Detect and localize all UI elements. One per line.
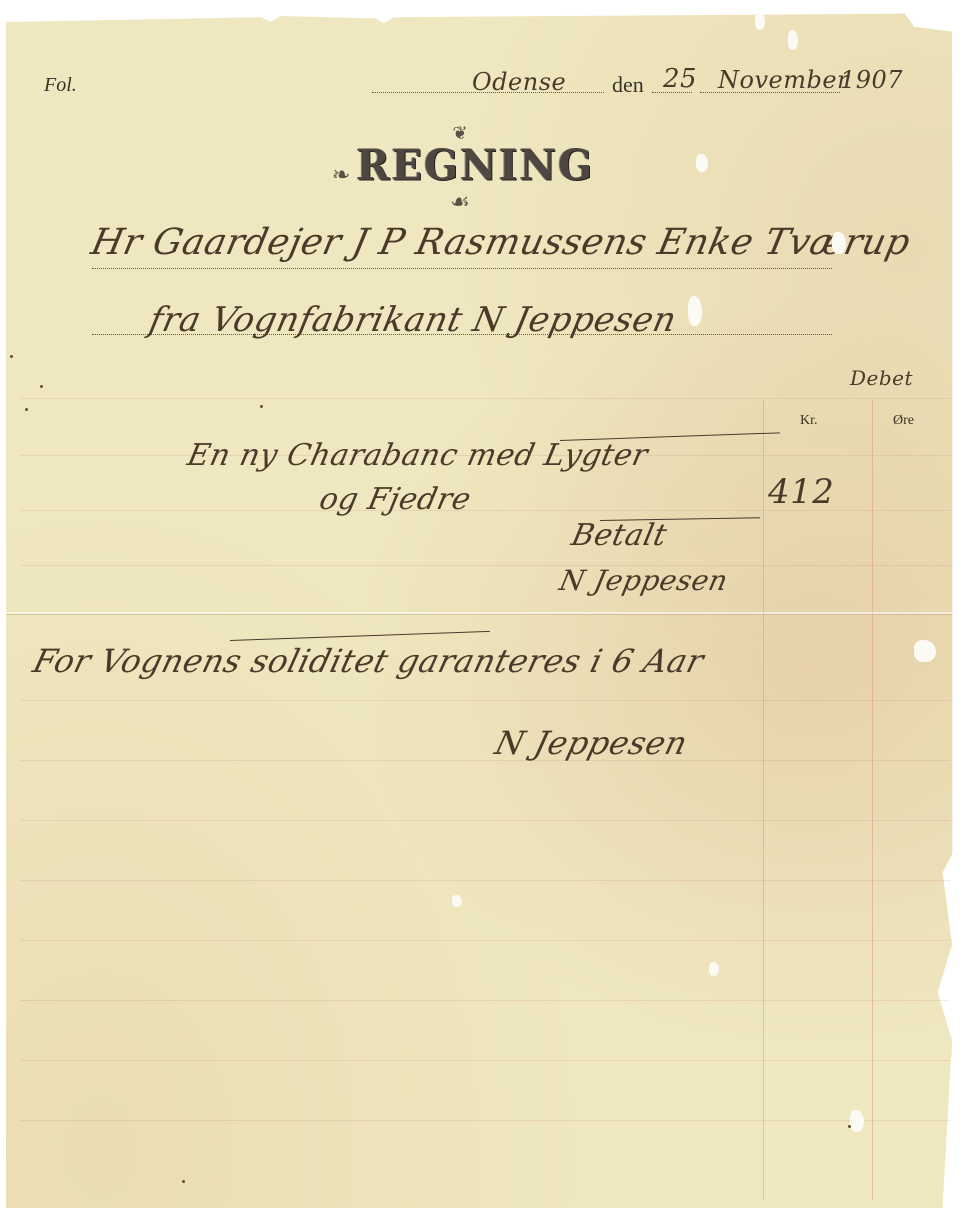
column-header-ore: Øre [893, 413, 914, 429]
addressee-line1-dotted [92, 268, 832, 269]
invoice-month: November [718, 66, 849, 94]
ink-speck [848, 1125, 851, 1128]
paper-fold-crease [6, 612, 952, 614]
ledger-header-rule [20, 398, 950, 399]
ink-speck [40, 385, 43, 388]
invoice-title: REGNING [356, 141, 594, 190]
addressee-line1: Hr Gaardejer J P Rasmussens Enke Tværup [88, 222, 914, 263]
debet-label: Debet [850, 366, 913, 390]
paper-hole [688, 296, 702, 326]
invoice-year: 1907 [840, 66, 903, 94]
paper-hole [709, 962, 719, 976]
paper-hole [914, 640, 936, 662]
paper-hole [850, 1110, 864, 1132]
ledger-rule [20, 1060, 950, 1061]
ledger-rule [20, 565, 950, 566]
ledger-rule-kr-left [763, 400, 764, 1200]
item-description-line1: En ny Charabanc med Lygter [184, 438, 651, 473]
ledger-rule [20, 700, 950, 701]
flourish-right-icon: ☙ [450, 189, 470, 214]
date-connector: den [612, 72, 644, 98]
column-header-kr: Kr. [800, 413, 818, 429]
ledger-rule [20, 940, 950, 941]
invoice-title-block: ❦ ❧REGNING☙ [310, 124, 610, 215]
folio-label: Fol. [44, 74, 77, 97]
addressee-line2: fra Vognfabrikant N Jeppesen [146, 300, 680, 340]
ink-speck [10, 355, 13, 358]
ink-speck [260, 405, 263, 408]
ledger-rule-ore-left [872, 400, 873, 1200]
invoice-day: 25 [663, 64, 697, 94]
invoice-place: Odense [472, 68, 566, 96]
paper-hole [788, 30, 798, 50]
paper-hole [696, 154, 708, 172]
floral-ornament-icon: ❦ [310, 124, 610, 142]
ink-speck [182, 1180, 185, 1183]
paid-signature: N Jeppesen [556, 564, 731, 597]
paper-hole [755, 12, 765, 30]
guarantee-signature: N Jeppesen [491, 724, 691, 762]
paper-hole [832, 232, 846, 254]
ledger-rule [20, 820, 950, 821]
guarantee-text: For Vognens soliditet garanteres i 6 Aar [29, 642, 708, 680]
item-amount-kr: 412 [768, 472, 834, 512]
ledger-rule [20, 760, 950, 761]
ledger-rule [20, 1120, 950, 1121]
paid-label: Betalt [568, 518, 670, 553]
ledger-rule [20, 880, 950, 881]
ledger-rule [20, 1000, 950, 1001]
ink-speck [25, 408, 28, 411]
paper-hole [452, 895, 462, 907]
flourish-left-icon: ❧ [332, 162, 350, 187]
item-description-line2: og Fjedre [316, 482, 474, 517]
